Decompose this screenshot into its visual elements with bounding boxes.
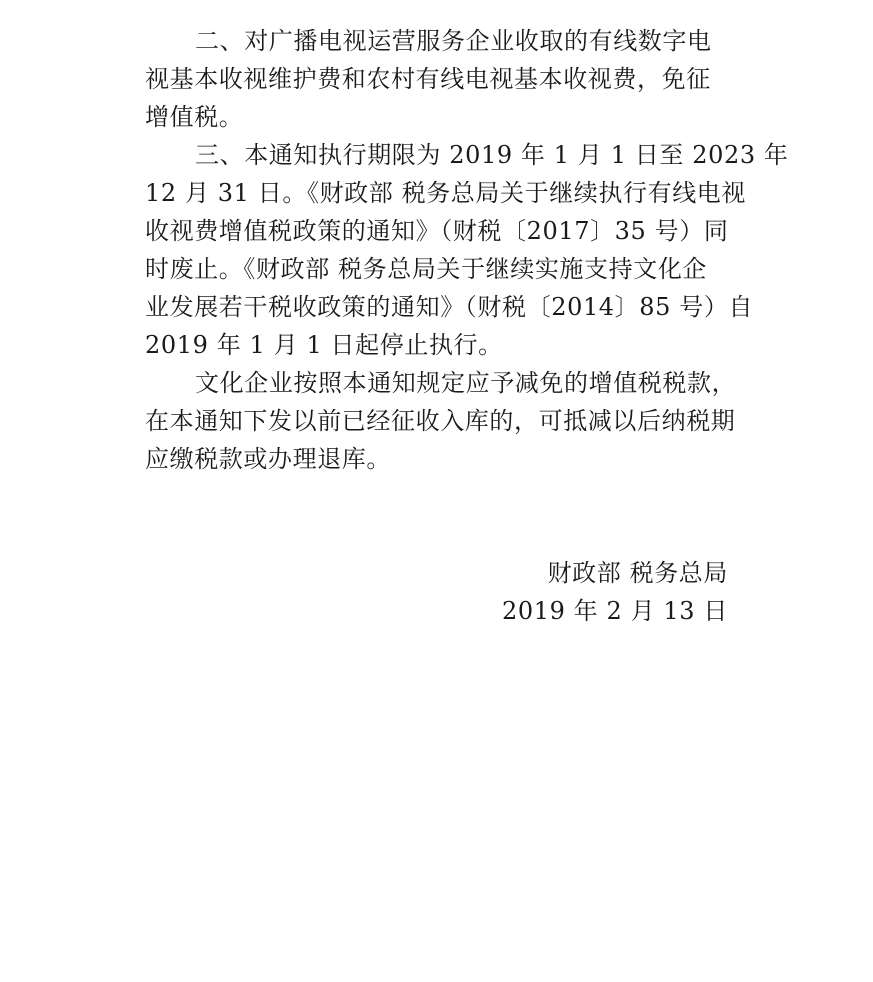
text-line: 增值税。 <box>145 98 729 136</box>
issue-date: 2019 年 2 月 13 日 <box>502 592 728 630</box>
text-line: 二、对广播电视运营服务企业收取的有线数字电 <box>145 22 729 60</box>
text-line: 在本通知下发以前已经征收入库的，可抵减以后纳税期 <box>145 402 729 440</box>
text-line: 三、本通知执行期限为 2019 年 1 月 1 日至 2023 年 <box>145 136 729 174</box>
text-line: 收视费增值税政策的通知》（财税〔2017〕35 号）同 <box>145 212 729 250</box>
issuer-name: 财政部 税务总局 <box>502 554 728 592</box>
document-body: 二、对广播电视运营服务企业收取的有线数字电 视基本收视维护费和农村有线电视基本收… <box>145 22 729 478</box>
text-line: 12 月 31 日。《财政部 税务总局关于继续执行有线电视 <box>145 174 729 212</box>
signature-block: 财政部 税务总局 2019 年 2 月 13 日 <box>502 554 728 630</box>
text-line: 业发展若干税收政策的通知》（财税〔2014〕85 号）自 <box>145 288 729 326</box>
paragraph-refund: 文化企业按照本通知规定应予减免的增值税税款， 在本通知下发以前已经征收入库的，可… <box>145 364 729 478</box>
text-line: 应缴税款或办理退库。 <box>145 440 729 478</box>
text-line: 2019 年 1 月 1 日起停止执行。 <box>145 326 729 364</box>
text-line: 时废止。《财政部 税务总局关于继续实施支持文化企 <box>145 250 729 288</box>
paragraph-item-3: 三、本通知执行期限为 2019 年 1 月 1 日至 2023 年 12 月 3… <box>145 136 729 364</box>
paragraph-item-2: 二、对广播电视运营服务企业收取的有线数字电 视基本收视维护费和农村有线电视基本收… <box>145 22 729 136</box>
text-line: 视基本收视维护费和农村有线电视基本收视费，免征 <box>145 60 729 98</box>
text-line: 文化企业按照本通知规定应予减免的增值税税款， <box>145 364 729 402</box>
